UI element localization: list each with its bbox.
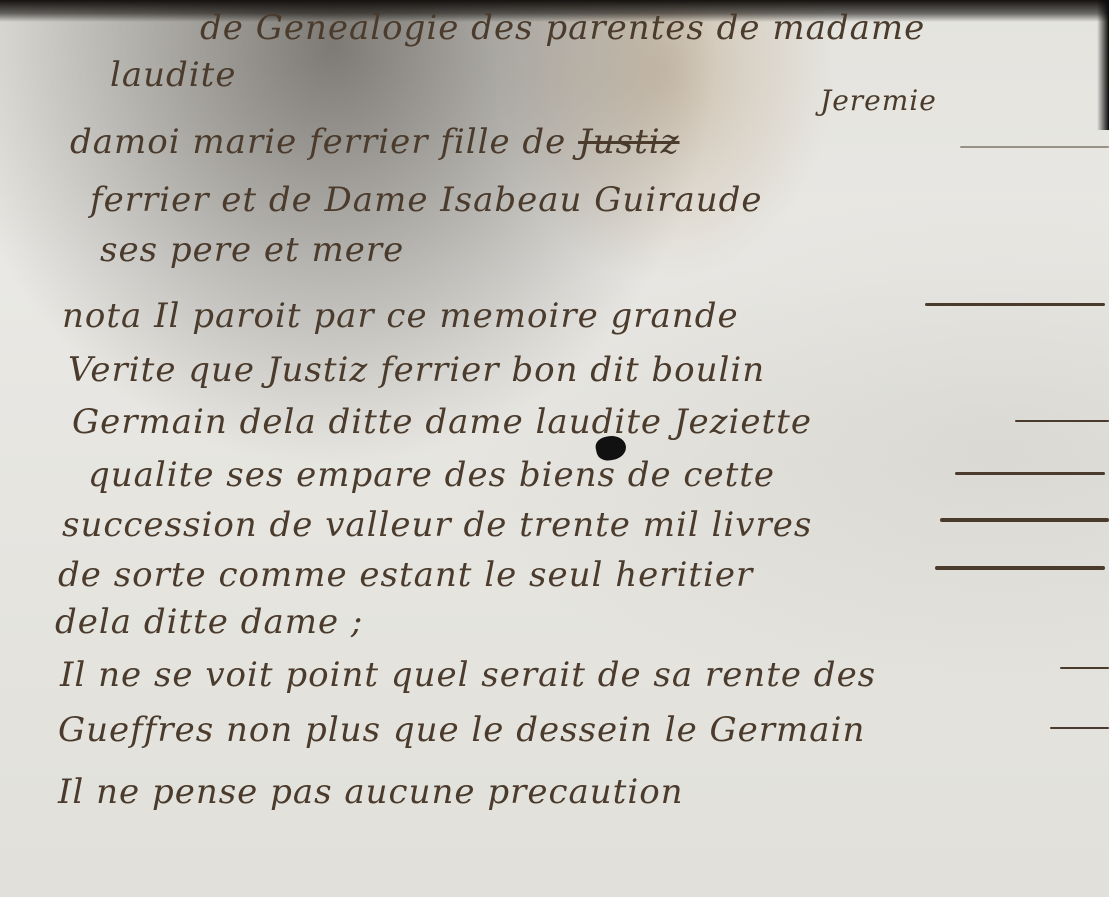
manuscript-line-14: Il ne se voit point quel serait de sa re… — [60, 655, 876, 695]
line-15-rule — [1050, 727, 1109, 729]
manuscript-line-12: de sorte comme estant le seul heritier — [58, 555, 753, 595]
manuscript-line-10: qualite ses empare des biens de cette — [88, 455, 775, 495]
manuscript-line-1: de Genealogie des parentes de madame — [200, 8, 925, 48]
manuscript-line-9: Germain dela ditte dame laudite Jeziette — [72, 402, 812, 442]
manuscript-line-15: Gueffres non plus que le dessein le Germ… — [58, 710, 865, 750]
manuscript-line-5: ferrier et de Dame Isabeau Guiraude — [90, 180, 763, 220]
manuscript-line-16: Il ne pense pas aucune precaution — [58, 772, 684, 812]
line-10-rule — [955, 472, 1105, 475]
line-14-rule — [1060, 667, 1109, 669]
manuscript-line-4: damoi marie ferrier fille de Justiz — [70, 122, 680, 162]
manuscript-line-11: succession de valleur de trente mil livr… — [62, 505, 812, 545]
line-4-rule — [960, 146, 1109, 148]
manuscript-line-8: Verite que Justiz ferrier bon dit boulin — [68, 350, 765, 390]
line-9-rule — [1015, 420, 1109, 422]
manuscript-line-6: ses pere et mere — [100, 230, 404, 270]
manuscript-insertion-jeremie: Jeremie — [820, 84, 937, 117]
line-7-rule — [925, 303, 1105, 306]
struck-word: Justiz — [578, 122, 679, 162]
page-right-edge — [1097, 0, 1109, 130]
line-4-text: damoi marie ferrier fille de — [70, 122, 566, 162]
line-11-rule — [940, 518, 1109, 522]
manuscript-line-7: nota Il paroit par ce memoire grande — [62, 296, 739, 336]
line-12-rule — [935, 566, 1105, 570]
manuscript-line-13: dela ditte dame ; — [55, 602, 363, 642]
manuscript-page: de Genealogie des parentes de madame lau… — [0, 0, 1109, 897]
manuscript-line-2: laudite — [110, 55, 236, 95]
